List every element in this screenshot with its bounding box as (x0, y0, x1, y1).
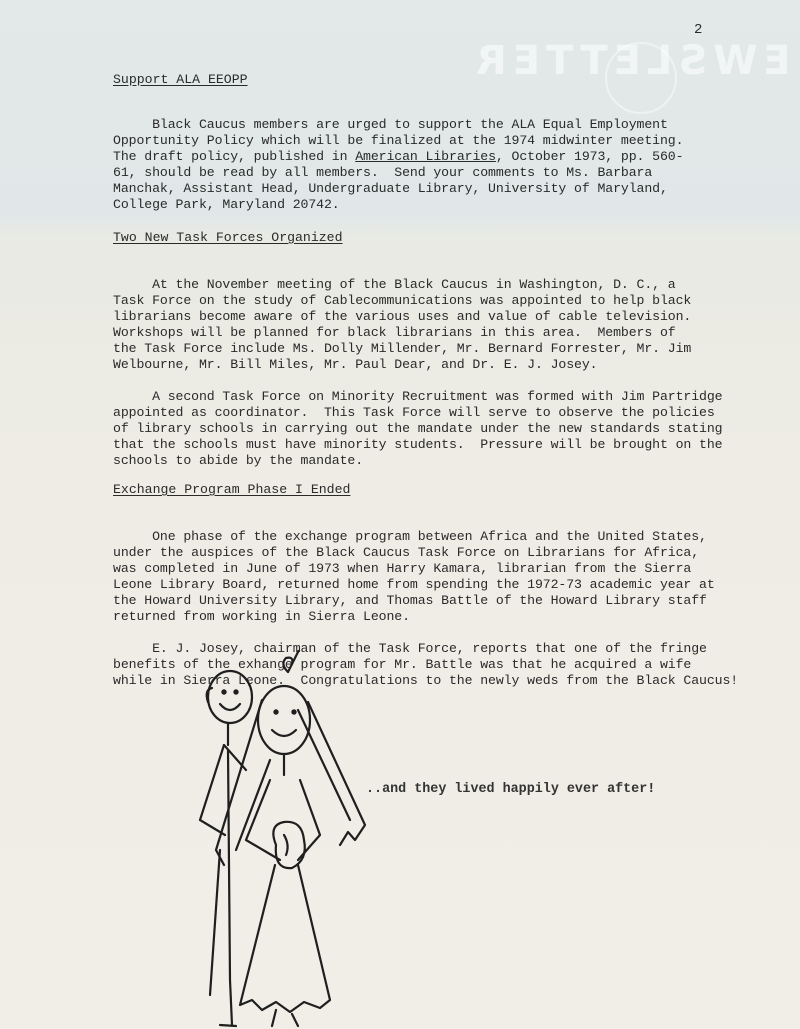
bride-figure (216, 658, 365, 1026)
text-line: schools to abide by the mandate. (113, 453, 363, 468)
text-line: College Park, Maryland 20742. (113, 197, 340, 212)
text-line: Task Force on the study of Cablecommunic… (113, 293, 691, 308)
pointer-stroke (288, 650, 300, 672)
groom-figure (200, 671, 252, 1026)
publication-title: American Libraries (355, 149, 496, 164)
heading-support-ala-eeopp: Support ALA EEOPP (113, 72, 248, 87)
illustration-caption: ..and they lived happily ever after! (366, 782, 655, 797)
text-line: that the schools must have minority stud… (113, 437, 722, 452)
text-line: Black Caucus members are urged to suppor… (113, 117, 668, 132)
paragraph-support-ala: Black Caucus members are urged to suppor… (113, 101, 683, 213)
paragraph-cablecommunications: At the November meeting of the Black Cau… (113, 261, 691, 373)
text-line: of library schools in carrying out the m… (113, 421, 722, 436)
text-line: Workshops will be planned for black libr… (113, 325, 676, 340)
text-line: under the auspices of the Black Caucus T… (113, 545, 699, 560)
text-line: Leone Library Board, returned home from … (113, 577, 715, 592)
text-line: the Task Force include Ms. Dolly Millend… (113, 341, 691, 356)
text-line-with-title: The draft policy, published in American … (113, 149, 683, 164)
text-line: appointed as coordinator. This Task Forc… (113, 405, 715, 420)
paragraph-exchange-program: One phase of the exchange program betwee… (113, 513, 715, 625)
text-line: 61, should be read by all members. Send … (113, 165, 652, 180)
text-line: One phase of the exchange program betwee… (113, 529, 707, 544)
heading-two-new-task-forces: Two New Task Forces Organized (113, 230, 343, 245)
text-line: Opportunity Policy which will be finaliz… (113, 133, 683, 148)
text-line: Manchak, Assistant Head, Undergraduate L… (113, 181, 668, 196)
heading-exchange-program: Exchange Program Phase I Ended (113, 482, 350, 497)
text-line: returned from working in Sierra Leone. (113, 609, 410, 624)
paragraph-minority-recruitment: A second Task Force on Minority Recruitm… (113, 373, 722, 469)
text-line: At the November meeting of the Black Cau… (113, 277, 676, 292)
text-line: A second Task Force on Minority Recruitm… (113, 389, 722, 404)
text-line: the Howard University Library, and Thoma… (113, 593, 707, 608)
page-number: 2 (694, 22, 702, 38)
text-line: Welbourne, Mr. Bill Miles, Mr. Paul Dear… (113, 357, 597, 372)
wedding-couple-drawing (180, 650, 400, 1029)
text-line: was completed in June of 1973 when Harry… (113, 561, 691, 576)
text-line: librarians become aware of the various u… (113, 309, 691, 324)
